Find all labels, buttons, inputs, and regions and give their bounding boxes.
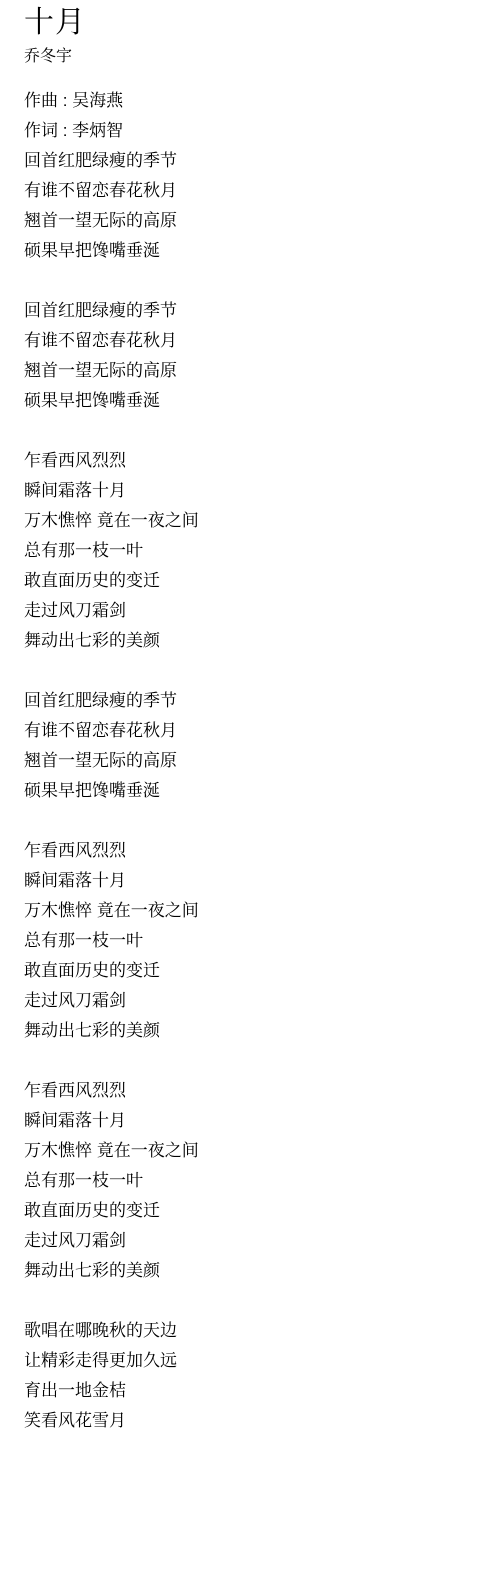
lyric-line: 笑看风花雪月 — [24, 1406, 476, 1436]
lyric-line: 乍看西风烈烈 — [24, 1076, 476, 1106]
lyric-line: 总有那一枝一叶 — [24, 926, 476, 956]
stanza: 歌唱在哪晚秋的天边让精彩走得更加久远育出一地金桔笑看风花雪月 — [24, 1316, 476, 1436]
lyric-line: 回首红肥绿瘦的季节 — [24, 296, 476, 326]
lyric-line: 有谁不留恋春花秋月 — [24, 176, 476, 206]
lyric-line: 有谁不留恋春花秋月 — [24, 326, 476, 356]
lyric-line: 让精彩走得更加久远 — [24, 1346, 476, 1376]
lyricist-credit: 作词 : 李炳智 — [24, 116, 476, 146]
lyric-line: 乍看西风烈烈 — [24, 446, 476, 476]
lyric-line: 瞬间霜落十月 — [24, 476, 476, 506]
lyric-line: 舞动出七彩的美颜 — [24, 1256, 476, 1286]
lyric-line: 回首红肥绿瘦的季节 — [24, 146, 476, 176]
lyric-line: 万木憔悴 竟在一夜之间 — [24, 1136, 476, 1166]
lyric-line: 瞬间霜落十月 — [24, 1106, 476, 1136]
lyric-line: 总有那一枝一叶 — [24, 536, 476, 566]
lyric-line: 歌唱在哪晚秋的天边 — [24, 1316, 476, 1346]
stanza: 乍看西风烈烈瞬间霜落十月万木憔悴 竟在一夜之间总有那一枝一叶敢直面历史的变迁走过… — [24, 1076, 476, 1286]
lyric-line: 翘首一望无际的高原 — [24, 206, 476, 236]
lyric-line: 万木憔悴 竟在一夜之间 — [24, 896, 476, 926]
lyric-line: 敢直面历史的变迁 — [24, 566, 476, 596]
lyrics-page: 十月 乔冬宇 作曲 : 吴海燕 作词 : 李炳智 回首红肥绿瘦的季节有谁不留恋春… — [0, 0, 500, 1436]
lyric-line: 敢直面历史的变迁 — [24, 956, 476, 986]
lyric-line: 育出一地金桔 — [24, 1376, 476, 1406]
lyric-line: 万木憔悴 竟在一夜之间 — [24, 506, 476, 536]
lyric-line: 硕果早把馋嘴垂涎 — [24, 236, 476, 266]
lyric-line: 翘首一望无际的高原 — [24, 746, 476, 776]
stanza: 回首红肥绿瘦的季节有谁不留恋春花秋月翘首一望无际的高原硕果早把馋嘴垂涎 — [24, 296, 476, 416]
stanza: 乍看西风烈烈瞬间霜落十月万木憔悴 竟在一夜之间总有那一枝一叶敢直面历史的变迁走过… — [24, 446, 476, 656]
credits-block: 作曲 : 吴海燕 作词 : 李炳智 — [24, 86, 476, 146]
stanza: 回首红肥绿瘦的季节有谁不留恋春花秋月翘首一望无际的高原硕果早把馋嘴垂涎 — [24, 686, 476, 806]
lyric-line: 回首红肥绿瘦的季节 — [24, 686, 476, 716]
lyric-line: 瞬间霜落十月 — [24, 866, 476, 896]
lyric-line: 走过风刀霜剑 — [24, 1226, 476, 1256]
stanza: 乍看西风烈烈瞬间霜落十月万木憔悴 竟在一夜之间总有那一枝一叶敢直面历史的变迁走过… — [24, 836, 476, 1046]
lyric-line: 硕果早把馋嘴垂涎 — [24, 386, 476, 416]
lyric-line: 有谁不留恋春花秋月 — [24, 716, 476, 746]
lyrics-body: 回首红肥绿瘦的季节有谁不留恋春花秋月翘首一望无际的高原硕果早把馋嘴垂涎回首红肥绿… — [24, 146, 476, 1436]
lyric-line: 舞动出七彩的美颜 — [24, 626, 476, 656]
lyric-line: 硕果早把馋嘴垂涎 — [24, 776, 476, 806]
lyric-line: 走过风刀霜剑 — [24, 986, 476, 1016]
composer-credit: 作曲 : 吴海燕 — [24, 86, 476, 116]
lyric-line: 敢直面历史的变迁 — [24, 1196, 476, 1226]
lyric-line: 走过风刀霜剑 — [24, 596, 476, 626]
lyric-line: 总有那一枝一叶 — [24, 1166, 476, 1196]
lyric-line: 乍看西风烈烈 — [24, 836, 476, 866]
lyric-line: 翘首一望无际的高原 — [24, 356, 476, 386]
stanza: 回首红肥绿瘦的季节有谁不留恋春花秋月翘首一望无际的高原硕果早把馋嘴垂涎 — [24, 146, 476, 266]
lyric-line: 舞动出七彩的美颜 — [24, 1016, 476, 1046]
song-title: 十月 — [24, 4, 476, 42]
artist-name: 乔冬宇 — [24, 46, 476, 68]
